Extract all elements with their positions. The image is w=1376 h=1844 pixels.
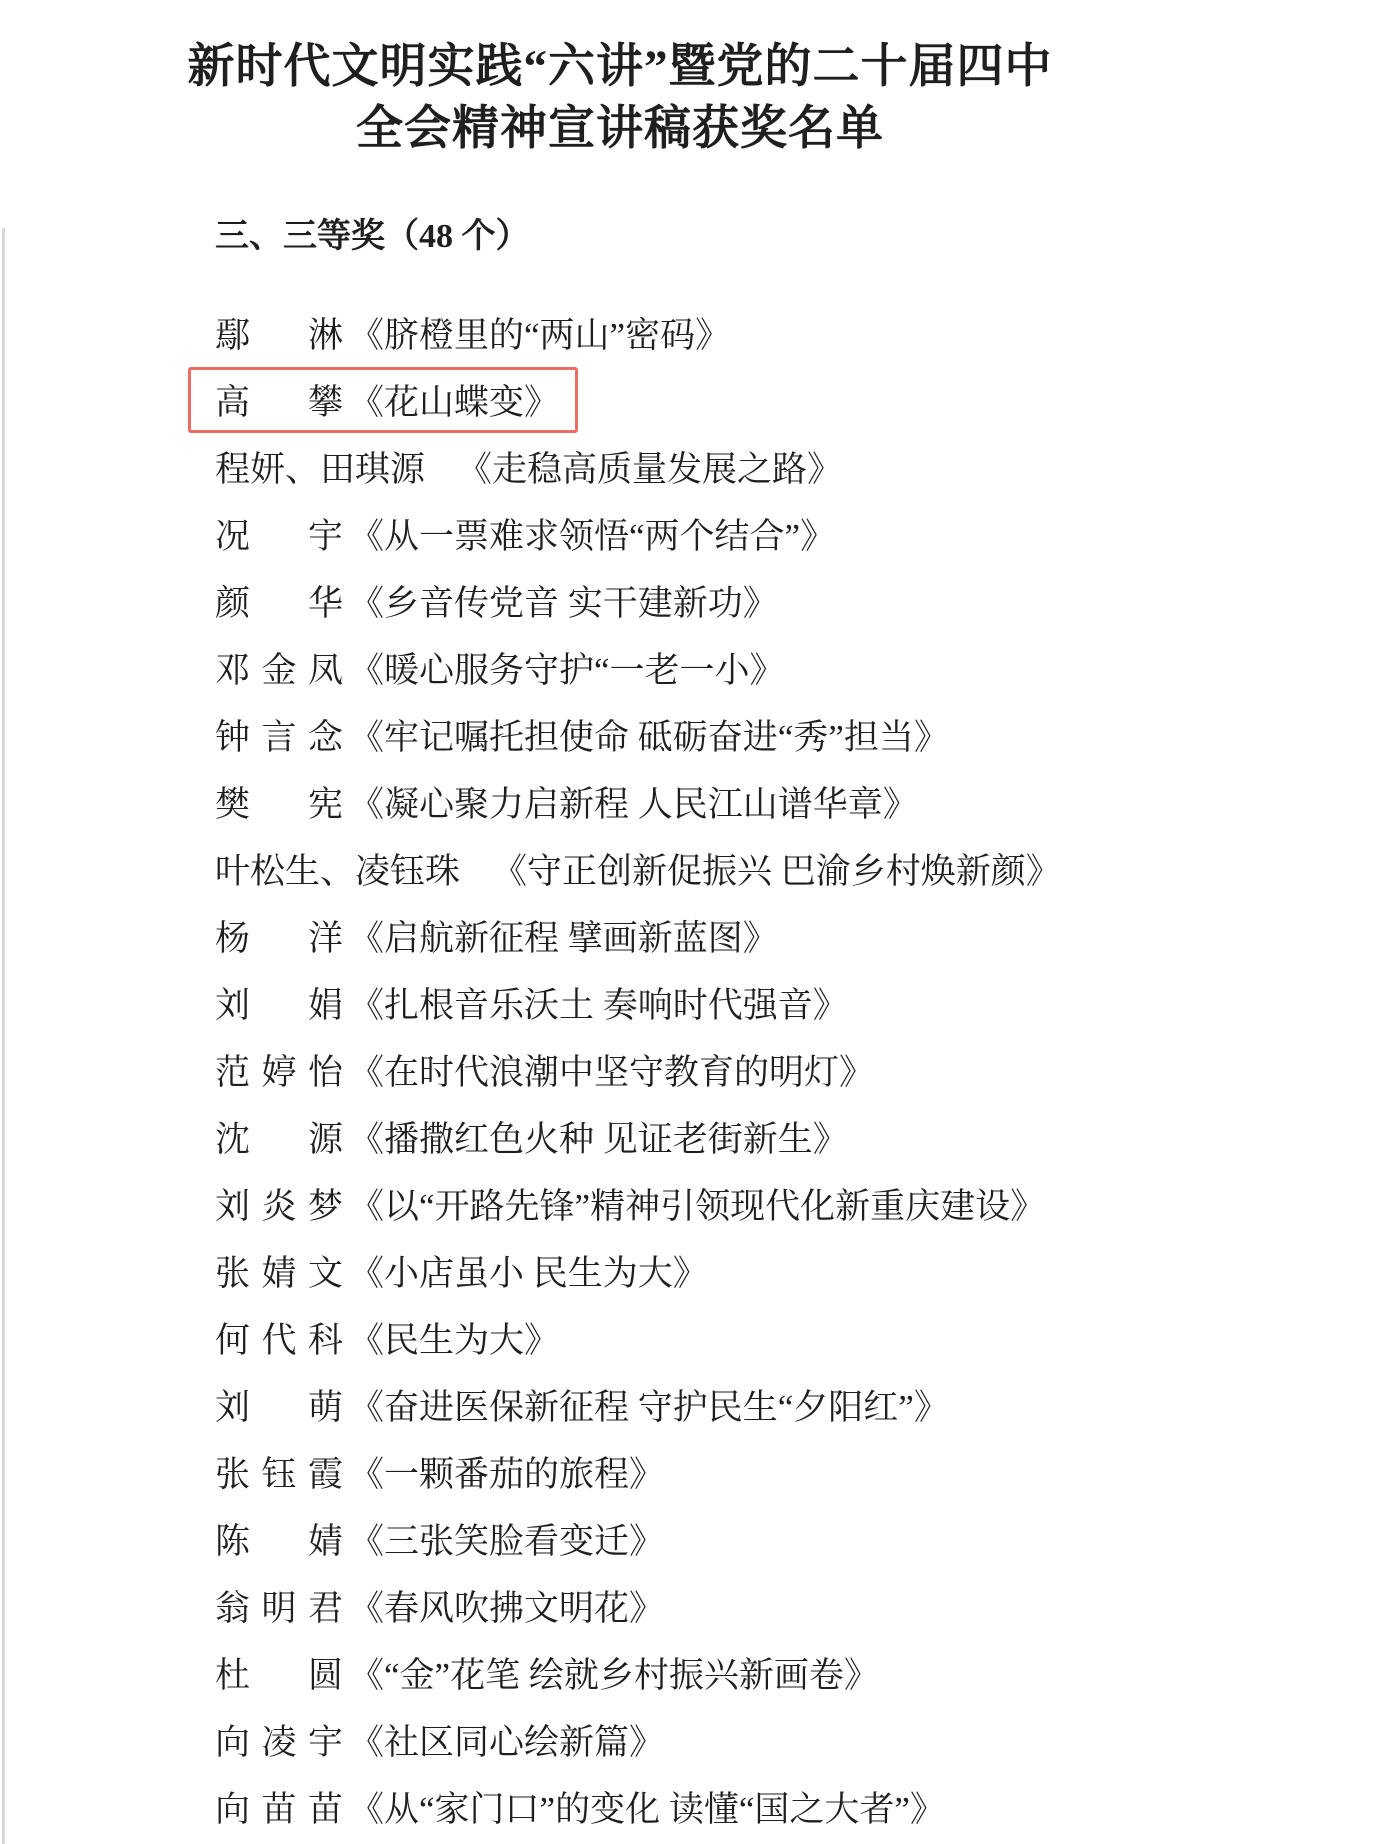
award-entry: 翁明君《春风吹拂文明花》: [215, 1572, 1240, 1639]
entry-name: 沈源: [215, 1112, 343, 1162]
award-entry: 沈源《播撒红色火种 见证老街新生》: [215, 1103, 1240, 1170]
award-entry: 钟言念《牢记嘱托担使命 砥砺奋进“秀”担当》: [215, 701, 1240, 768]
entry-title: 《在时代浪潮中坚守教育的明灯》: [349, 1045, 874, 1095]
entry-content: 何代科《民生为大》: [215, 1313, 559, 1363]
entry-title: 《“金”花笔 绘就乡村振兴新画卷》: [349, 1648, 879, 1698]
entry-title: 《暖心服务守护“一老一小》: [349, 643, 785, 693]
award-entry: 向凌宇《社区同心绘新篇》: [215, 1706, 1240, 1773]
entry-name: 刘炎梦: [215, 1179, 343, 1229]
entry-title: 《以“开路先锋”精神引领现代化新重庆建设》: [349, 1179, 1045, 1229]
entry-title: 《乡音传党音 实干建新功》: [349, 576, 778, 626]
award-entry: 杨洋《启航新征程 擘画新蓝图》: [215, 902, 1240, 969]
page-title-line1: 新时代文明实践“六讲”暨党的二十届四中: [0, 36, 1240, 98]
award-entry: 杜圆《“金”花笔 绘就乡村振兴新画卷》: [215, 1639, 1240, 1706]
entry-title: 《春风吹拂文明花》: [349, 1581, 664, 1631]
entry-content: 杨洋《启航新征程 擘画新蓝图》: [215, 911, 778, 961]
award-entry: 鄢淋《脐橙里的“两山”密码》: [215, 299, 1240, 366]
award-entry: 向苗苗《从“家门口”的变化 读懂“国之大者”》: [215, 1773, 1240, 1840]
entry-content: 杜圆《“金”花笔 绘就乡村振兴新画卷》: [215, 1648, 879, 1698]
entry-title: 《扎根音乐沃土 奏响时代强音》: [349, 978, 848, 1028]
entry-content: 邓金凤《暖心服务守护“一老一小》: [215, 643, 785, 693]
award-list: 鄢淋《脐橙里的“两山”密码》高攀《花山蝶变》程妍、田琪源《走稳高质量发展之路》况…: [215, 299, 1240, 1840]
entry-name: 邓金凤: [215, 643, 343, 693]
entry-title: 《三张笑脸看变迁》: [349, 1514, 664, 1564]
entry-title: 《花山蝶变》: [349, 375, 559, 425]
page-edge-line: [2, 228, 5, 1844]
entry-content: 樊宪《凝心聚力启新程 人民江山谱华章》: [215, 777, 918, 827]
entry-content: 陈婧《三张笑脸看变迁》: [215, 1514, 664, 1564]
award-entry: 高攀《花山蝶变》: [215, 366, 1240, 433]
entry-name: 叶松生、凌钰珠: [215, 844, 460, 894]
entry-name: 钟言念: [215, 710, 343, 760]
entry-content: 张钰霞《一颗番茄的旅程》: [215, 1447, 664, 1497]
entry-content: 钟言念《牢记嘱托担使命 砥砺奋进“秀”担当》: [215, 710, 949, 760]
entry-title: 《脐橙里的“两山”密码》: [349, 308, 730, 358]
entry-name: 张婧文: [215, 1246, 343, 1296]
award-entry: 张婧文《小店虽小 民生为大》: [215, 1237, 1240, 1304]
page-title: 新时代文明实践“六讲”暨党的二十届四中 全会精神宣讲稿获奖名单: [0, 0, 1240, 160]
entry-name: 向凌宇: [215, 1715, 343, 1765]
entry-name: 高攀: [215, 375, 343, 425]
award-entry: 邓金凤《暖心服务守护“一老一小》: [215, 634, 1240, 701]
entry-title: 《从“家门口”的变化 读懂“国之大者”》: [349, 1782, 945, 1832]
entry-title: 《启航新征程 擘画新蓝图》: [349, 911, 778, 961]
award-entry: 况宇《从一票难求领悟“两个结合”》: [215, 500, 1240, 567]
entry-name: 鄢淋: [215, 308, 343, 358]
entry-title: 《社区同心绘新篇》: [349, 1715, 664, 1765]
award-entry: 张钰霞《一颗番茄的旅程》: [215, 1438, 1240, 1505]
entry-content: 张婧文《小店虽小 民生为大》: [215, 1246, 708, 1296]
entry-name: 刘娟: [215, 978, 343, 1028]
award-entry: 范婷怡《在时代浪潮中坚守教育的明灯》: [215, 1036, 1240, 1103]
entry-content: 程妍、田琪源《走稳高质量发展之路》: [215, 442, 842, 492]
entry-content: 刘萌《奋进医保新征程 守护民生“夕阳红”》: [215, 1380, 949, 1430]
entry-title: 《从一票难求领悟“两个结合”》: [349, 509, 835, 559]
entry-title: 《小店虽小 民生为大》: [349, 1246, 708, 1296]
entry-name: 何代科: [215, 1313, 343, 1363]
entry-content: 颜华《乡音传党音 实干建新功》: [215, 576, 778, 626]
entry-title: 《牢记嘱托担使命 砥砺奋进“秀”担当》: [349, 710, 949, 760]
entry-name: 张钰霞: [215, 1447, 343, 1497]
award-entry: 颜华《乡音传党音 实干建新功》: [215, 567, 1240, 634]
page-title-line2: 全会精神宣讲稿获奖名单: [0, 98, 1240, 160]
entry-name: 范婷怡: [215, 1045, 343, 1095]
entry-content: 范婷怡《在时代浪潮中坚守教育的明灯》: [215, 1045, 874, 1095]
award-entry: 刘炎梦《以“开路先锋”精神引领现代化新重庆建设》: [215, 1170, 1240, 1237]
entry-name: 颜华: [215, 576, 343, 626]
entry-title: 《凝心聚力启新程 人民江山谱华章》: [349, 777, 918, 827]
entry-name: 刘萌: [215, 1380, 343, 1430]
award-entry: 何代科《民生为大》: [215, 1304, 1240, 1371]
entry-name: 翁明君: [215, 1581, 343, 1631]
entry-content: 翁明君《春风吹拂文明花》: [215, 1581, 664, 1631]
award-entry: 刘娟《扎根音乐沃土 奏响时代强音》: [215, 969, 1240, 1036]
entry-name: 程妍、田琪源: [215, 442, 425, 492]
section-heading: 三、三等奖（48 个）: [215, 208, 1240, 257]
entry-name: 陈婧: [215, 1514, 343, 1564]
entry-name: 杜圆: [215, 1648, 343, 1698]
entry-content: 叶松生、凌钰珠《守正创新促振兴 巴渝乡村焕新颜》: [215, 844, 1061, 894]
entry-title: 《播撒红色火种 见证老街新生》: [349, 1112, 848, 1162]
entry-content: 况宇《从一票难求领悟“两个结合”》: [215, 509, 835, 559]
entry-name: 杨洋: [215, 911, 343, 961]
award-entry: 樊宪《凝心聚力启新程 人民江山谱华章》: [215, 768, 1240, 835]
entry-content: 沈源《播撒红色火种 见证老街新生》: [215, 1112, 848, 1162]
highlight-box: 高攀《花山蝶变》: [188, 367, 578, 433]
entry-title: 《走稳高质量发展之路》: [457, 442, 842, 492]
entry-name: 樊宪: [215, 777, 343, 827]
award-entry: 陈婧《三张笑脸看变迁》: [215, 1505, 1240, 1572]
entry-content: 刘娟《扎根音乐沃土 奏响时代强音》: [215, 978, 848, 1028]
entry-content: 向苗苗《从“家门口”的变化 读懂“国之大者”》: [215, 1782, 945, 1832]
entry-title: 《一颗番茄的旅程》: [349, 1447, 664, 1497]
entry-content: 鄢淋《脐橙里的“两山”密码》: [215, 308, 730, 358]
entry-title: 《守正创新促振兴 巴渝乡村焕新颜》: [492, 844, 1061, 894]
entry-content: 刘炎梦《以“开路先锋”精神引领现代化新重庆建设》: [215, 1179, 1045, 1229]
entry-title: 《奋进医保新征程 守护民生“夕阳红”》: [349, 1380, 949, 1430]
award-entry: 刘萌《奋进医保新征程 守护民生“夕阳红”》: [215, 1371, 1240, 1438]
document-page: 新时代文明实践“六讲”暨党的二十届四中 全会精神宣讲稿获奖名单 三、三等奖（48…: [0, 0, 1240, 1840]
entry-content: 向凌宇《社区同心绘新篇》: [215, 1715, 664, 1765]
award-entry: 叶松生、凌钰珠《守正创新促振兴 巴渝乡村焕新颜》: [215, 835, 1240, 902]
award-entry: 程妍、田琪源《走稳高质量发展之路》: [215, 433, 1240, 500]
entry-title: 《民生为大》: [349, 1313, 559, 1363]
entry-name: 况宇: [215, 509, 343, 559]
entry-name: 向苗苗: [215, 1782, 343, 1832]
